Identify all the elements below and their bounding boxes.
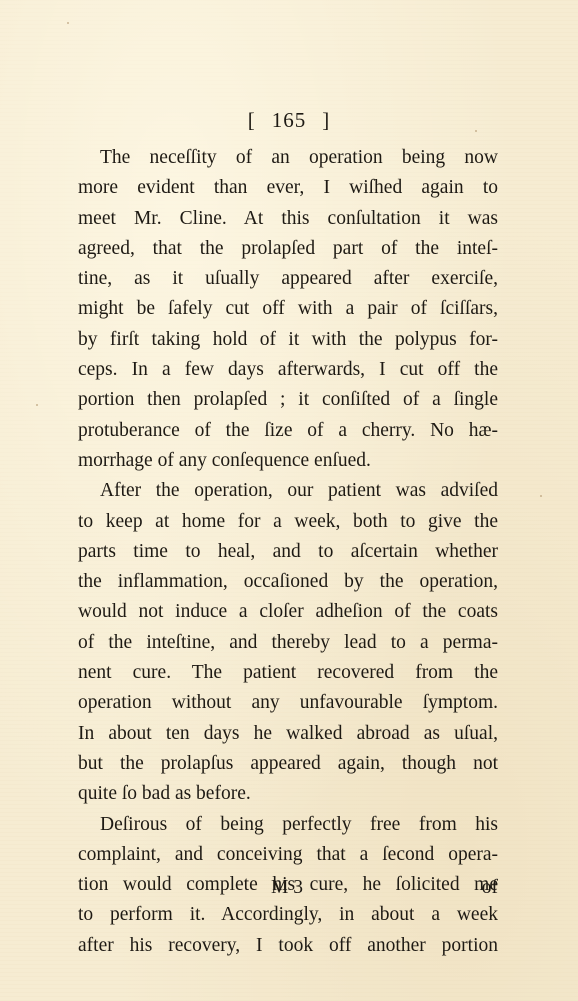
text-line: morrhage of any conſequence enſued.	[78, 446, 498, 476]
paper-speck	[540, 495, 542, 497]
catchword: of	[482, 877, 498, 899]
text-line: tine, as it uſually appeared after exerc…	[78, 264, 498, 294]
text-line: complaint, and conceiving that a ſecond …	[78, 840, 498, 870]
text-line: would not induce a cloſer adheſion of th…	[78, 597, 498, 627]
text-line: In about ten days he walked abroad as uſ…	[78, 719, 498, 749]
text-line: The neceſſity of an operation being now	[78, 143, 498, 173]
bracket-left: [	[248, 108, 256, 132]
text-line: operation without any unfavourable ſympt…	[78, 688, 498, 718]
book-page: [165] The neceſſity of an operation bein…	[0, 0, 578, 1001]
text-line: to keep at home for a week, both to give…	[78, 507, 498, 537]
text-line: agreed, that the prolapſed part of the i…	[78, 234, 498, 264]
text-line: protuberance of the ſize of a cherry. No…	[78, 416, 498, 446]
text-line: by firſt taking hold of it with the poly…	[78, 325, 498, 355]
page-number: 165	[272, 108, 307, 132]
paper-speck	[67, 22, 69, 24]
paper-speck	[475, 130, 477, 132]
text-line: ceps. In a few days afterwards, I cut of…	[78, 355, 498, 385]
text-line: portion then prolapſed ; it conſiſted of…	[78, 385, 498, 415]
signature-mark: M 3	[271, 877, 303, 899]
text-line: nent cure. The patient recovered from th…	[78, 658, 498, 688]
page-footer: M 3 of	[78, 877, 498, 907]
paper-speck	[36, 404, 38, 406]
body-text: The neceſſity of an operation being now …	[78, 143, 498, 961]
text-line: parts time to heal, and to aſcertain whe…	[78, 537, 498, 567]
paper-speck	[300, 940, 302, 942]
text-line: more evident than ever, I wiſhed again t…	[78, 173, 498, 203]
text-line: of the inteſtine, and thereby lead to a …	[78, 628, 498, 658]
text-line: after his recovery, I took off another p…	[78, 931, 498, 961]
text-line: After the operation, our patient was adv…	[78, 476, 498, 506]
text-line: Deſirous of being perfectly free from hi…	[78, 810, 498, 840]
text-line: quite ſo bad as before.	[78, 779, 498, 809]
bracket-right: ]	[322, 108, 330, 132]
page-header: [165]	[0, 108, 578, 133]
text-line: but the prolapſus appeared again, though…	[78, 749, 498, 779]
text-line: might be ſafely cut off with a pair of ſ…	[78, 294, 498, 324]
text-line: meet Mr. Cline. At this conſultation it …	[78, 204, 498, 234]
text-line: the inflammation, occaſioned by the oper…	[78, 567, 498, 597]
